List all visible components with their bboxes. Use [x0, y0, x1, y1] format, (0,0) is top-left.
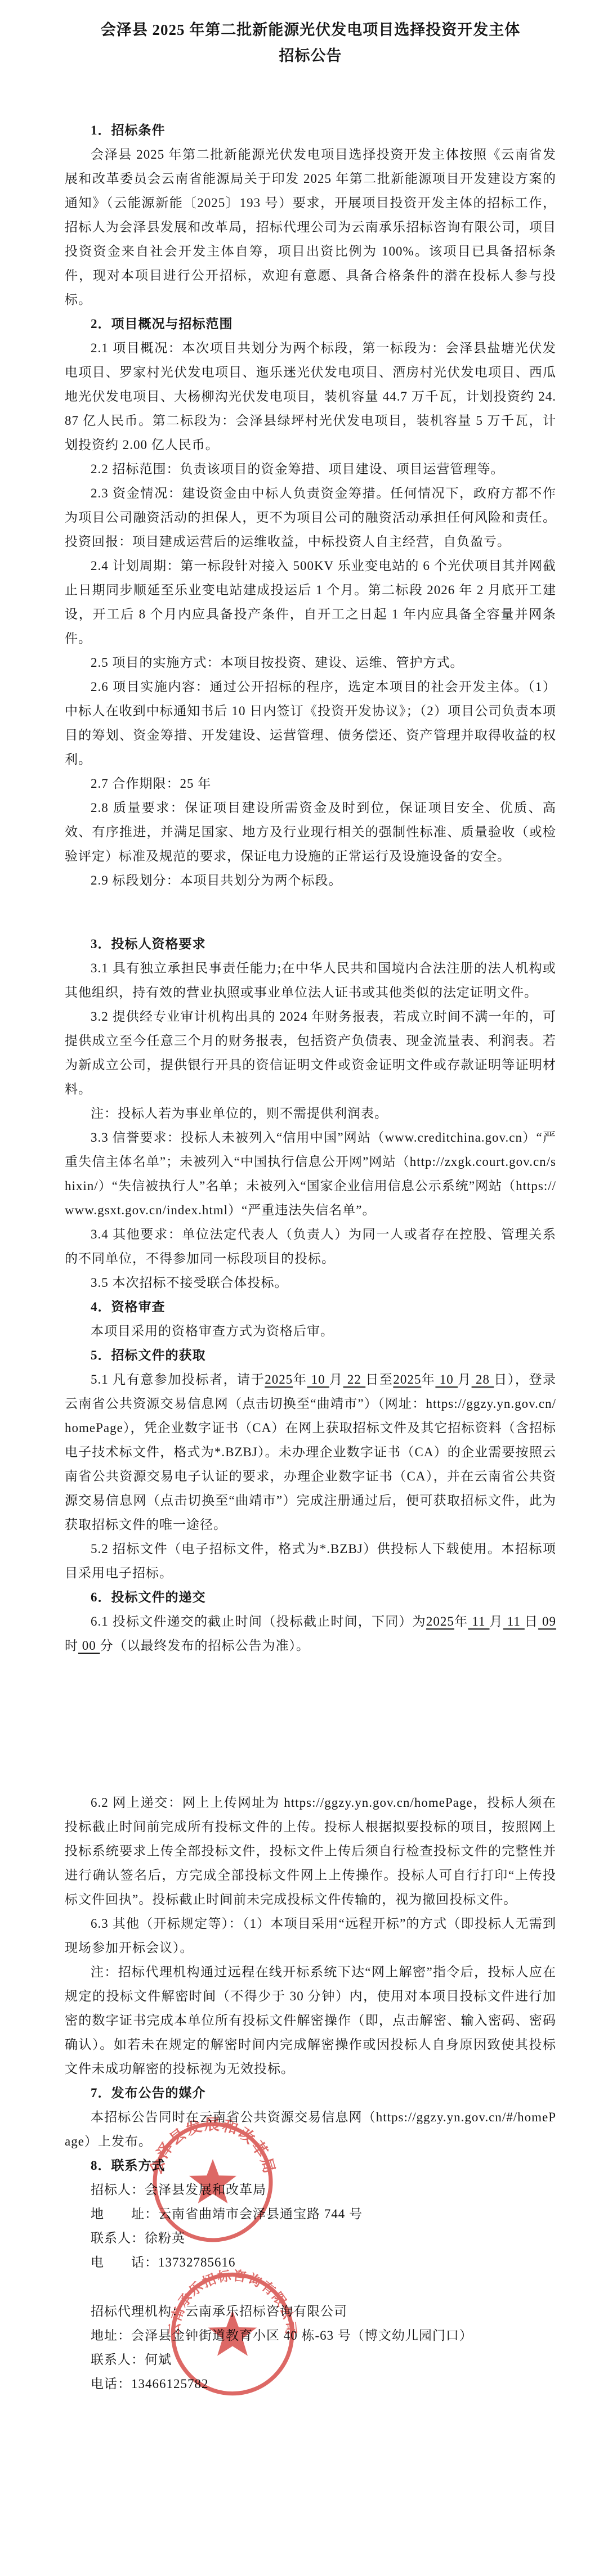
- section-heading-8: 8．联系方式: [65, 2153, 556, 2178]
- date-separator: 月: [329, 1372, 343, 1386]
- tenderer-address-line: 地 址：云南省曲靖市会泽县通宝路 744 号: [65, 2202, 556, 2226]
- agency-address-line: 地址：会泽县金钟街道教育小区 40 栋-63 号（博文幼儿园门口）: [65, 2323, 556, 2348]
- paragraph-6-1: 6.1 投标文件递交的截止时间（投标截止时间，下同）为2025年 11 月 11…: [65, 1609, 556, 1658]
- agency-name-line: 招标代理机构：云南承乐招标咨询有限公司: [65, 2299, 556, 2323]
- tenderer-phone-line: 电 话：13732785616: [65, 2250, 556, 2274]
- paragraph-2-1: 2.1 项目概况：本次项目共划分为两个标段，第一标段为：会泽县盐塘光伏发电项目、…: [65, 336, 556, 457]
- document-canvas: 会泽县 2025 年第二批新能源光伏发电项目选择投资开发主体 招标公告 1．招标…: [0, 0, 608, 2576]
- paragraph-2-5: 2.5 项目的实施方式：本项目按投资、建设、运维、管护方式。: [65, 650, 556, 675]
- bid-doc-start-year: 2025: [265, 1372, 293, 1386]
- paragraph-3-4: 3.4 其他要求：单位法定代表人（负责人）为同一人或者存在控股、管理关系的不同单…: [65, 1222, 556, 1271]
- tenderer-name-line: 招标人：会泽县发展和改革局: [65, 2178, 556, 2202]
- deadline-month: 11: [468, 1614, 489, 1628]
- paragraph-4-1: 本项目采用的资格审查方式为资格后审。: [65, 1319, 556, 1343]
- date-separator: 月: [489, 1614, 503, 1628]
- paragraph-2-3: 2.3 资金情况：建设资金由中标人负责资金筹措。任何情况下，政府方都不作为项目公…: [65, 481, 556, 554]
- paragraph-3-2: 3.2 提供经专业审计机构出具的 2024 年财务报表，若成立时间不满一年的，可…: [65, 1004, 556, 1101]
- tenderer-contact-person-line: 联系人：徐粉英: [65, 2226, 556, 2250]
- deadline-day: 11: [503, 1614, 525, 1628]
- section-heading-5: 5．招标文件的获取: [65, 1343, 556, 1367]
- paragraph-5-1-text: 5.1 凡有意参加投标者，请于: [91, 1372, 265, 1386]
- deadline-minute: 00: [78, 1639, 100, 1653]
- paragraph-5-1-rest: 日），登录云南省公共资源交易信息网（点击切换至“曲靖市”）（网址：https:/…: [65, 1372, 556, 1532]
- section-heading-1: 1．招标条件: [65, 118, 556, 142]
- tenderer-official-seal: 会泽县发展和改革局: [148, 2117, 278, 2247]
- section-heading-7: 7．发布公告的媒介: [65, 2081, 556, 2105]
- date-separator: 年: [454, 1614, 468, 1628]
- section-heading-3: 3．投标人资格要求: [65, 932, 556, 956]
- document-title-line2: 招标公告: [65, 43, 556, 69]
- paragraph-5-2: 5.2 招标文件（电子招标文件，格式为*.BZBJ）供投标人下载使用。本招标项目…: [65, 1537, 556, 1585]
- paragraph-3-5: 3.5 本次招标不接受联合体投标。: [65, 1271, 556, 1295]
- paragraph-2-4: 2.4 计划周期：第一标段针对接入 500KV 乐业变电站的 6 个光伏项目其并…: [65, 554, 556, 650]
- bid-doc-end-day: 28: [472, 1372, 494, 1386]
- star-icon: [189, 2159, 236, 2203]
- date-separator: 月: [458, 1372, 472, 1386]
- bid-doc-start-day: 22: [343, 1372, 366, 1386]
- bid-doc-start-month: 10: [307, 1372, 329, 1386]
- tenderer-contact-block: 招标人：会泽县发展和改革局 地 址：云南省曲靖市会泽县通宝路 744 号 联系人…: [65, 2178, 556, 2274]
- date-separator: 日至: [365, 1372, 393, 1386]
- paragraph-2-7: 2.7 合作期限：25 年: [65, 771, 556, 796]
- date-separator: 日: [525, 1614, 538, 1628]
- paragraph-5-1: 5.1 凡有意参加投标者，请于2025年 10 月 22 日至2025年 10 …: [65, 1367, 556, 1537]
- section-heading-2: 2．项目概况与招标范围: [65, 312, 556, 336]
- page-2: 3．投标人资格要求 3.1 具有独立承担民事责任能力;在中华人民共和国境内合法注…: [65, 932, 556, 1658]
- section-heading-6: 6．投标文件的递交: [65, 1585, 556, 1609]
- agency-contact-block: 招标代理机构：云南承乐招标咨询有限公司 地址：会泽县金钟街道教育小区 40 栋-…: [65, 2299, 556, 2396]
- paragraph-2-9: 2.9 标段划分：本项目共划分为两个标段。: [65, 868, 556, 892]
- agency-phone-line: 电话：13466125782: [65, 2372, 556, 2396]
- page-1: 会泽县 2025 年第二批新能源光伏发电项目选择投资开发主体 招标公告 1．招标…: [65, 17, 556, 892]
- paragraph-3-3: 3.3 信誉要求：投标人未被列入“信用中国”网站（www.creditchina…: [65, 1125, 556, 1222]
- paragraph-2-8: 2.8 质量要求：保证项目建设所需资金及时到位，保证项目安全、优质、高效、有序推…: [65, 796, 556, 868]
- deadline-hour: 09: [538, 1614, 556, 1628]
- document-title-line1: 会泽县 2025 年第二批新能源光伏发电项目选择投资开发主体: [65, 17, 556, 43]
- paragraph-6-3-note: 注：招标代理机构通过远程在线开标系统下达“网上解密”指令后，投标人应在规定的投标…: [65, 1960, 556, 2081]
- paragraph-3-2-note: 注：投标人若为事业单位的，则不需提供利润表。: [65, 1101, 556, 1125]
- agency-contact-person-line: 联系人：何斌: [65, 2348, 556, 2372]
- section-heading-4: 4．资格审查: [65, 1295, 556, 1319]
- date-separator: 年: [293, 1372, 307, 1386]
- paragraph-2-6: 2.6 项目实施内容：通过公开招标的程序，选定本项目的社会开发主体。（1）中标人…: [65, 675, 556, 771]
- page-3: 6.2 网上递交：网上上传网址为 https://ggzy.yn.gov.cn/…: [65, 1790, 556, 2396]
- agency-official-seal: 云南承乐招标咨询有限公司: [166, 2268, 299, 2400]
- bid-doc-end-year: 2025: [393, 1372, 421, 1386]
- bid-doc-end-month: 10: [435, 1372, 458, 1386]
- paragraph-6-1-text: 6.1 投标文件递交的截止时间（投标截止时间，下同）为: [91, 1614, 426, 1628]
- paragraph-7-1: 本招标公告同时在云南省公共资源交易信息网（https://ggzy.yn.gov…: [65, 2105, 556, 2153]
- paragraph-3-1: 3.1 具有独立承担民事责任能力;在中华人民共和国境内合法注册的法人机构或其他组…: [65, 956, 556, 1004]
- paragraph-6-2: 6.2 网上递交：网上上传网址为 https://ggzy.yn.gov.cn/…: [65, 1790, 556, 1911]
- date-separator: 时: [65, 1639, 78, 1653]
- date-separator: 年: [421, 1372, 435, 1386]
- star-icon: [208, 2310, 257, 2356]
- paragraph-2-2: 2.2 招标范围：负责该项目的资金筹措、项目建设、项目运营管理等。: [65, 457, 556, 481]
- deadline-year: 2025: [426, 1614, 454, 1628]
- paragraph-6-3: 6.3 其他（开标规定等）：（1）本项目采用“远程开标”的方式（即投标人无需到现…: [65, 1911, 556, 1960]
- paragraph-1-1: 会泽县 2025 年第二批新能源光伏发电项目选择投资开发主体按照《云南省发展和改…: [65, 142, 556, 312]
- paragraph-6-1-rest: 分（以最终发布的招标公告为准）。: [100, 1639, 310, 1653]
